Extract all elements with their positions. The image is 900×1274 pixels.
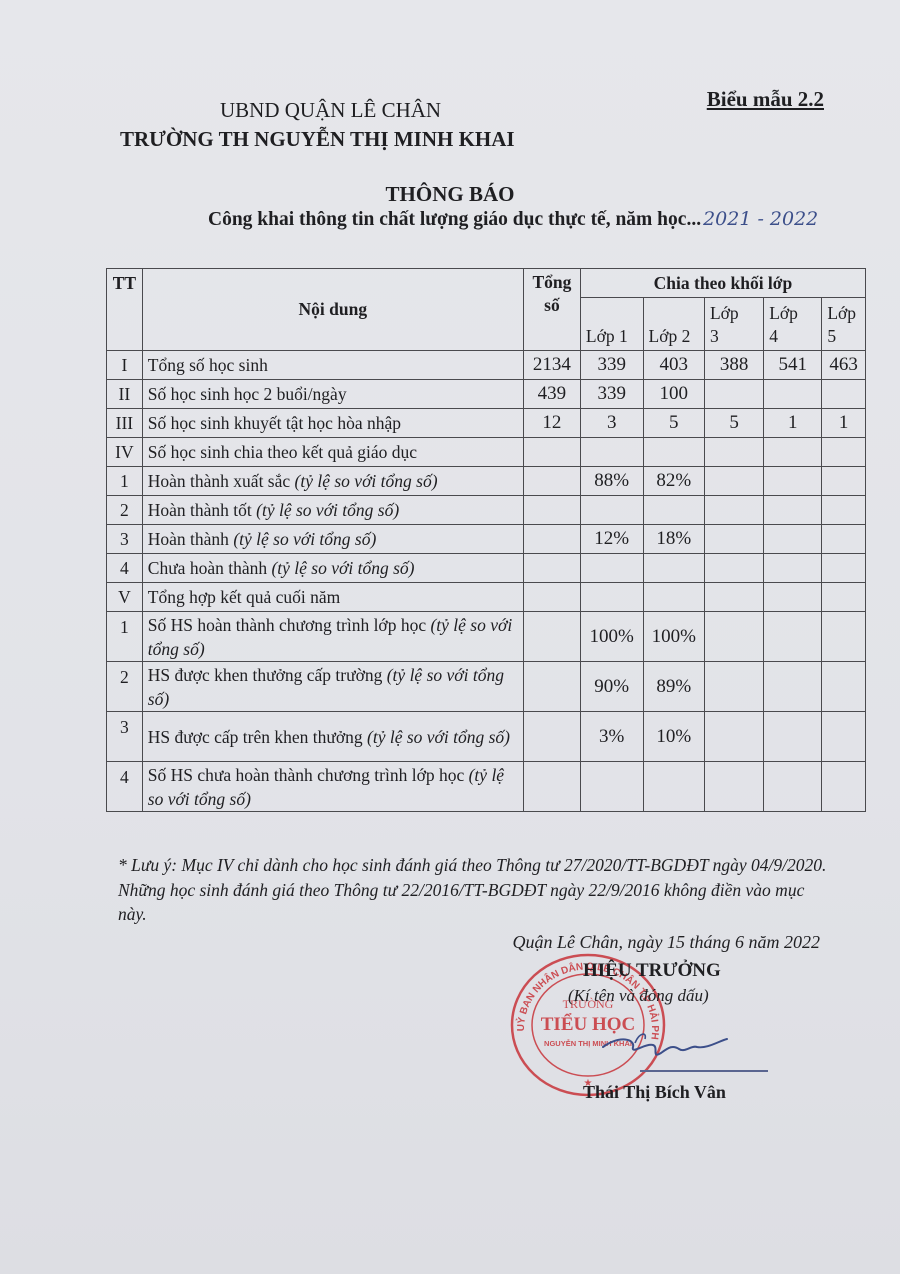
grade-2-value <box>643 438 704 467</box>
row-content: Số học sinh chia theo kết quả giáo dục <box>142 438 523 467</box>
grade-4-value: 541 <box>764 351 822 380</box>
org-line-2: TRƯỜNG TH NGUYỄN THỊ MINH KHAI <box>120 127 515 152</box>
grade-2-value: 10% <box>643 712 704 762</box>
grade-2-value: 100% <box>643 612 704 662</box>
grade-3-value: 5 <box>704 409 763 438</box>
grade-3-value <box>704 712 763 762</box>
grade-2-value: 82% <box>643 467 704 496</box>
handwritten-school-year: 2021 - 2022 <box>703 208 818 230</box>
row-content: HS được cấp trên khen thưởng (tỷ lệ so v… <box>142 712 523 762</box>
grade-3-value <box>704 438 763 467</box>
row-content: Số học sinh học 2 buổi/ngày <box>142 380 523 409</box>
doc-subtitle: Công khai thông tin chất lượng giáo dục … <box>208 208 818 231</box>
table-row: 1Hoàn thành xuất sắc (tỷ lệ so với tổng … <box>107 467 866 496</box>
header-grade-4: Lớp4 <box>764 298 822 351</box>
grade-3-value <box>704 762 763 812</box>
grade-2-value: 100 <box>643 380 704 409</box>
grade-1-value <box>580 554 643 583</box>
table-row: 4Chưa hoàn thành (tỷ lệ so với tổng số) <box>107 554 866 583</box>
grade-5-value <box>822 583 866 612</box>
grade-3-value <box>704 662 763 712</box>
grade-2-value: 18% <box>643 525 704 554</box>
row-index: III <box>107 409 143 438</box>
row-total <box>523 583 580 612</box>
signature-scribble-icon <box>595 1025 755 1085</box>
header-grade-2: Lớp 2 <box>643 298 704 351</box>
grade-5-value <box>822 712 866 762</box>
row-note: (tỷ lệ so với tổng số) <box>233 529 376 549</box>
grade-4-value <box>764 554 822 583</box>
grade-4-value <box>764 467 822 496</box>
table-row: IIISố học sinh khuyết tật học hòa nhập12… <box>107 409 866 438</box>
footnote: * Lưu ý: Mục IV chỉ dành cho học sinh đá… <box>118 853 830 927</box>
row-total: 439 <box>523 380 580 409</box>
row-total <box>523 438 580 467</box>
grade-5-value <box>822 496 866 525</box>
header-total: Tổngsố <box>523 269 580 351</box>
table-row: 2Hoàn thành tốt (tỷ lệ so với tổng số) <box>107 496 866 525</box>
grade-3-value <box>704 380 763 409</box>
grade-2-value: 403 <box>643 351 704 380</box>
row-note: (tỷ lệ so với tổng số) <box>271 558 414 578</box>
grade-5-value <box>822 662 866 712</box>
grade-4-value <box>764 712 822 762</box>
grade-4-value <box>764 438 822 467</box>
row-note: (tỷ lệ so với tổng số) <box>256 500 399 520</box>
grade-3-value <box>704 554 763 583</box>
row-content: Số HS chưa hoàn thành chương trình lớp h… <box>142 762 523 812</box>
grade-1-value: 3 <box>580 409 643 438</box>
doc-title: THÔNG BÁO <box>0 182 900 207</box>
signature-line <box>640 1070 768 1072</box>
row-index: 4 <box>107 762 143 812</box>
row-note: (tỷ lệ so với tổng số) <box>295 471 438 491</box>
grade-1-value: 3% <box>580 712 643 762</box>
header-grade-5: Lớp5 <box>822 298 866 351</box>
grade-1-value <box>580 496 643 525</box>
subtitle-text: Công khai thông tin chất lượng giáo dục … <box>208 209 686 230</box>
grade-5-value: 463 <box>822 351 866 380</box>
row-total <box>523 662 580 712</box>
grade-1-value <box>580 762 643 812</box>
signer-name: Thái Thị Bích Vân <box>583 1082 726 1103</box>
row-index: II <box>107 380 143 409</box>
row-total <box>523 712 580 762</box>
row-index: 1 <box>107 467 143 496</box>
subtitle-dots: ... <box>686 209 701 230</box>
row-index: 2 <box>107 496 143 525</box>
grade-5-value <box>822 612 866 662</box>
row-content: Số học sinh khuyết tật học hòa nhập <box>142 409 523 438</box>
row-content: Hoàn thành (tỷ lệ so với tổng số) <box>142 525 523 554</box>
row-index: V <box>107 583 143 612</box>
row-total <box>523 762 580 812</box>
row-index: 2 <box>107 662 143 712</box>
grade-3-value <box>704 583 763 612</box>
header-content: Nội dung <box>142 269 523 351</box>
grade-3-value: 388 <box>704 351 763 380</box>
row-index: 3 <box>107 525 143 554</box>
header-grade-1: Lớp 1 <box>580 298 643 351</box>
header-grade-3: Lớp3 <box>704 298 763 351</box>
row-index: IV <box>107 438 143 467</box>
grade-2-value: 5 <box>643 409 704 438</box>
row-note: (tỷ lệ so với tổng số) <box>367 727 510 747</box>
row-content: HS được khen thưởng cấp trường (tỷ lệ so… <box>142 662 523 712</box>
grade-2-value <box>643 496 704 525</box>
grade-1-value: 100% <box>580 612 643 662</box>
grade-4-value <box>764 762 822 812</box>
table-row: IISố học sinh học 2 buổi/ngày439339100 <box>107 380 866 409</box>
grade-1-value: 339 <box>580 380 643 409</box>
grade-5-value <box>822 525 866 554</box>
row-index: I <box>107 351 143 380</box>
grade-1-value <box>580 438 643 467</box>
grade-1-value <box>580 583 643 612</box>
table-row: IVSố học sinh chia theo kết quả giáo dục <box>107 438 866 467</box>
row-content: Hoàn thành tốt (tỷ lệ so với tổng số) <box>142 496 523 525</box>
table-row: ITổng số học sinh2134339403388541463 <box>107 351 866 380</box>
org-line-1: UBND QUẬN LÊ CHÂN <box>220 98 441 123</box>
row-total <box>523 525 580 554</box>
grade-4-value: 1 <box>764 409 822 438</box>
row-total <box>523 467 580 496</box>
row-content: Số HS hoàn thành chương trình lớp học (t… <box>142 612 523 662</box>
grade-2-value <box>643 762 704 812</box>
row-total <box>523 496 580 525</box>
row-total <box>523 554 580 583</box>
grade-5-value <box>822 554 866 583</box>
table-row: VTổng hợp kết quả cuối năm <box>107 583 866 612</box>
row-index: 4 <box>107 554 143 583</box>
grade-5-value: 1 <box>822 409 866 438</box>
table-row: 3Hoàn thành (tỷ lệ so với tổng số)12%18% <box>107 525 866 554</box>
grade-5-value <box>822 438 866 467</box>
row-index: 3 <box>107 712 143 762</box>
row-content: Hoàn thành xuất sắc (tỷ lệ so với tổng s… <box>142 467 523 496</box>
row-index: 1 <box>107 612 143 662</box>
table-row: 2HS được khen thưởng cấp trường (tỷ lệ s… <box>107 662 866 712</box>
header-tt: TT <box>107 269 143 351</box>
signature-note: (Kí tên và đóng dấu) <box>568 986 709 1006</box>
row-content: Chưa hoàn thành (tỷ lệ so với tổng số) <box>142 554 523 583</box>
grade-4-value <box>764 496 822 525</box>
grade-5-value <box>822 762 866 812</box>
grade-1-value: 88% <box>580 467 643 496</box>
grade-3-value <box>704 612 763 662</box>
form-code: Biểu mẫu 2.2 <box>707 87 824 112</box>
row-total: 12 <box>523 409 580 438</box>
grade-4-value <box>764 525 822 554</box>
grade-4-value <box>764 380 822 409</box>
row-total: 2134 <box>523 351 580 380</box>
grade-5-value <box>822 380 866 409</box>
row-total <box>523 612 580 662</box>
row-content: Tổng hợp kết quả cuối năm <box>142 583 523 612</box>
grade-1-value: 339 <box>580 351 643 380</box>
grade-2-value: 89% <box>643 662 704 712</box>
grade-4-value <box>764 612 822 662</box>
header-grade-group: Chia theo khối lớp <box>580 269 865 298</box>
quality-table: TT Nội dung Tổngsố Chia theo khối lớp Lớ… <box>106 268 866 812</box>
grade-4-value <box>764 662 822 712</box>
signature-title: HIỆU TRƯỞNG <box>583 960 721 982</box>
grade-2-value <box>643 583 704 612</box>
row-content: Tổng số học sinh <box>142 351 523 380</box>
grade-1-value: 90% <box>580 662 643 712</box>
grade-2-value <box>643 554 704 583</box>
grade-4-value <box>764 583 822 612</box>
table-row: 4Số HS chưa hoàn thành chương trình lớp … <box>107 762 866 812</box>
grade-3-value <box>704 496 763 525</box>
grade-3-value <box>704 525 763 554</box>
grade-1-value: 12% <box>580 525 643 554</box>
grade-5-value <box>822 467 866 496</box>
table-row: 1Số HS hoàn thành chương trình lớp học (… <box>107 612 866 662</box>
grade-3-value <box>704 467 763 496</box>
table-row: 3HS được cấp trên khen thưởng (tỷ lệ so … <box>107 712 866 762</box>
